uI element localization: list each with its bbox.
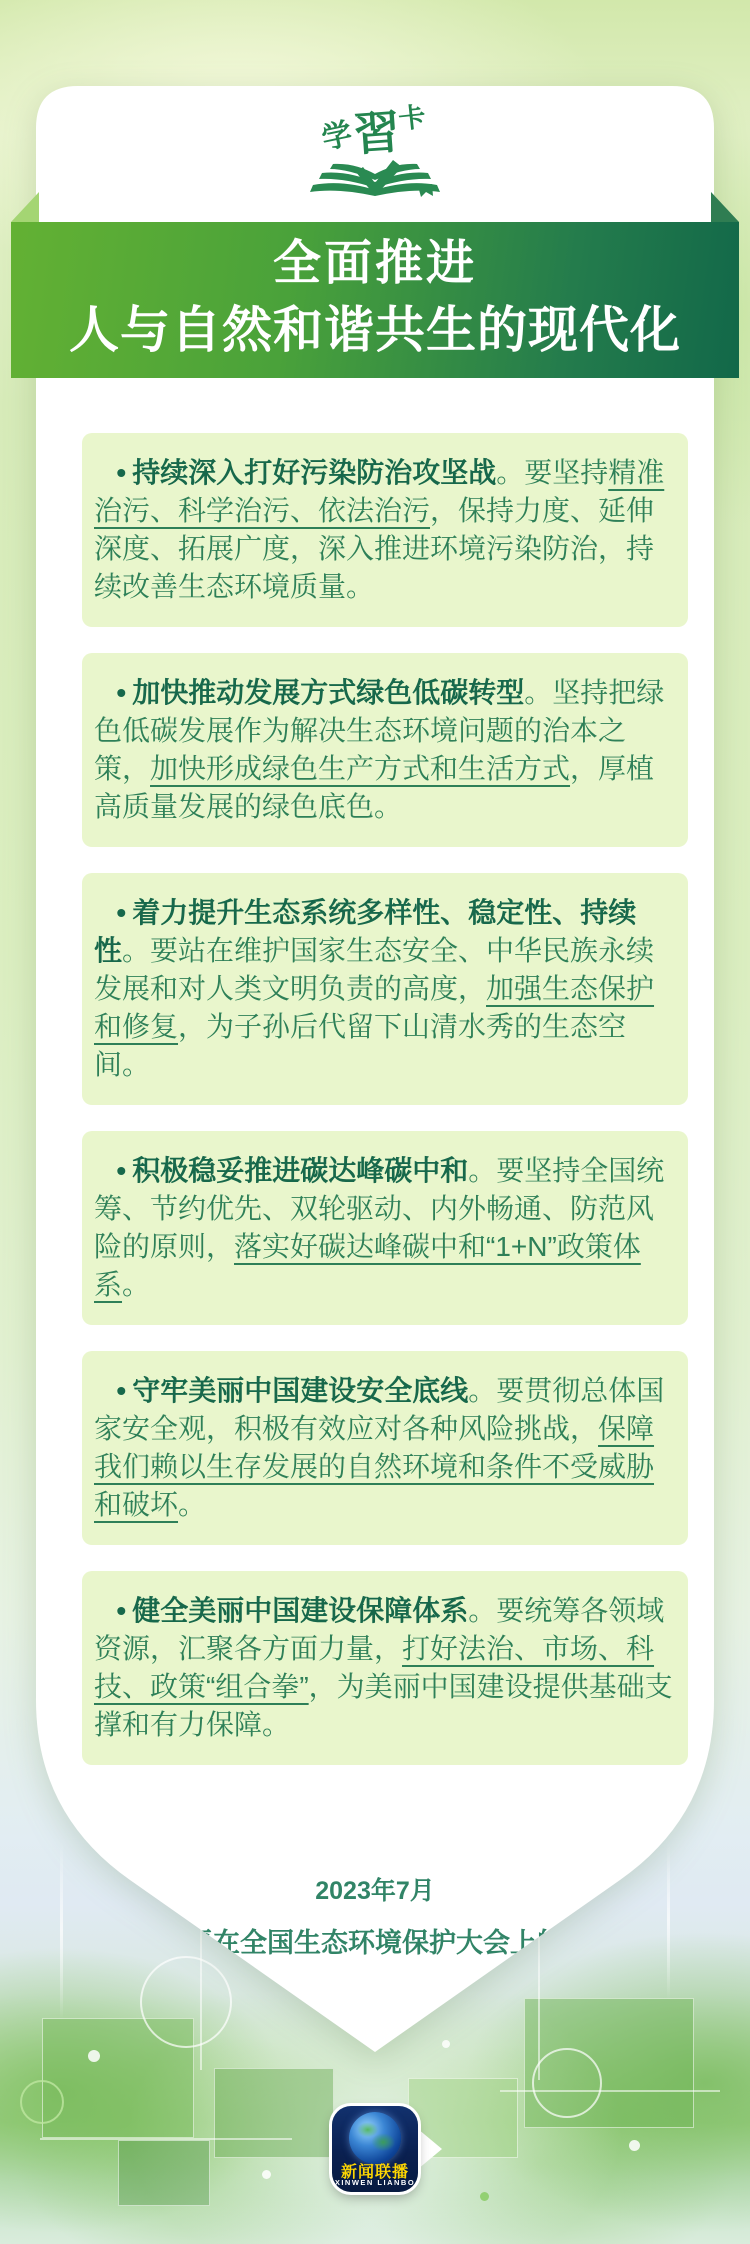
title-line-1: 全面推进 [11, 222, 739, 288]
separator: 。 [496, 457, 524, 488]
key-point-heading: 健全美丽中国建设保障体系 [132, 1595, 468, 1626]
key-point-heading: 积极稳妥推进碳达峰碳中和 [132, 1155, 468, 1186]
key-point-heading: 持续深入打好污染防治攻坚战 [132, 457, 496, 488]
key-point-text: •加快推动发展方式绿色低碳转型。坚持把绿色低碳发展作为解决生态环境问题的治本之策… [94, 674, 676, 826]
key-point-body: 要坚持 [524, 457, 608, 488]
key-point-block: •加快推动发展方式绿色低碳转型。坚持把绿色低碳发展作为解决生态环境问题的治本之策… [82, 653, 688, 847]
separator: 。 [524, 677, 552, 708]
xuexika-logo: 学 習 卡 [36, 94, 714, 204]
key-points-list: •持续深入打好污染防治攻坚战。要坚持精准治污、科学治污、依法治污，保持力度、延伸… [82, 433, 688, 1765]
quote-attribution: 2023年7月 习近平在全国生态环境保护大会上的讲话 [36, 1871, 714, 1960]
separator: 。 [468, 1375, 496, 1406]
decor-rect [214, 2068, 334, 2158]
key-point-text: •持续深入打好污染防治攻坚战。要坚持精准治污、科学治污、依法治污，保持力度、延伸… [94, 454, 676, 606]
bullet-icon: • [116, 1595, 126, 1626]
key-point-block: •着力提升生态系统多样性、稳定性、持续性。要站在维护国家生态安全、中华民族永续发… [82, 873, 688, 1105]
decor-ring [20, 2080, 64, 2124]
study-card-body: 学 習 卡 •持续深入打好污染防治攻坚战。要坚持精准治污、科 [36, 86, 714, 2058]
quote-date: 2023年7月 [36, 1871, 714, 1907]
key-point-body: 。 [178, 1489, 206, 1520]
key-point-block: •积极稳妥推进碳达峰碳中和。要坚持全国统筹、节约优先、双轮驱动、内外畅通、防范风… [82, 1131, 688, 1325]
bullet-icon: • [116, 897, 126, 928]
key-point-block: •持续深入打好污染防治攻坚战。要坚持精准治污、科学治污、依法治污，保持力度、延伸… [82, 433, 688, 627]
decor-ring [532, 2048, 602, 2118]
logo-char: 習 [352, 108, 401, 157]
key-point-heading: 守牢美丽中国建设安全底线 [132, 1375, 468, 1406]
bullet-icon: • [116, 1375, 126, 1406]
decor-rect [118, 2140, 210, 2206]
separator: 。 [122, 935, 150, 966]
decor-line [500, 2090, 720, 2092]
key-point-text: •积极稳妥推进碳达峰碳中和。要坚持全国统筹、节约优先、双轮驱动、内外畅通、防范风… [94, 1152, 676, 1304]
logo-char: 学 [319, 119, 355, 155]
bullet-icon: • [116, 677, 126, 708]
title-ribbon: 全面推进 人与自然和谐共生的现代化 [11, 222, 739, 378]
decor-dot [480, 2192, 489, 2201]
xinwen-lianbo-badge: 新闻联播 XINWEN LIANBO [332, 2106, 418, 2192]
separator: 。 [468, 1595, 496, 1626]
title-line-2: 人与自然和谐共生的现代化 [11, 305, 739, 355]
bullet-icon: • [116, 457, 126, 488]
key-point-heading: 加快推动发展方式绿色低碳转型 [132, 677, 524, 708]
bullet-icon: • [116, 1155, 126, 1186]
decor-dot [629, 2140, 640, 2151]
separator: 。 [468, 1155, 496, 1186]
decor-line [40, 2138, 292, 2140]
logo-char: 卡 [397, 104, 427, 134]
key-point-body: 。 [122, 1269, 150, 1300]
quote-source: 习近平在全国生态环境保护大会上的讲话 [36, 1921, 714, 1960]
study-card: 学 習 卡 •持续深入打好污染防治攻坚战。要坚持精准治污、科 [36, 86, 714, 2058]
badge-title-en: XINWEN LIANBO [332, 2178, 418, 2187]
badge-tile: 新闻联播 XINWEN LIANBO [332, 2106, 418, 2192]
key-point-text: •守牢美丽中国建设安全底线。要贯彻总体国家安全观，积极有效应对各种风险挑战，保障… [94, 1372, 676, 1524]
xuexika-logo-text: 学 習 卡 [36, 94, 714, 156]
decor-dot [262, 2170, 271, 2179]
key-point-block: •守牢美丽中国建设安全底线。要贯彻总体国家安全观，积极有效应对各种风险挑战，保障… [82, 1351, 688, 1545]
key-point-block: •健全美丽中国建设保障体系。要统筹各领域资源，汇聚各方面力量，打好法治、市场、科… [82, 1571, 688, 1765]
key-point-underlined: 加快形成绿色生产方式和生活方式 [150, 753, 570, 784]
earth-globe-icon [349, 2112, 401, 2164]
key-point-text: •健全美丽中国建设保障体系。要统筹各领域资源，汇聚各方面力量，打好法治、市场、科… [94, 1592, 676, 1744]
key-point-text: •着力提升生态系统多样性、稳定性、持续性。要站在维护国家生态安全、中华民族永续发… [94, 894, 676, 1084]
